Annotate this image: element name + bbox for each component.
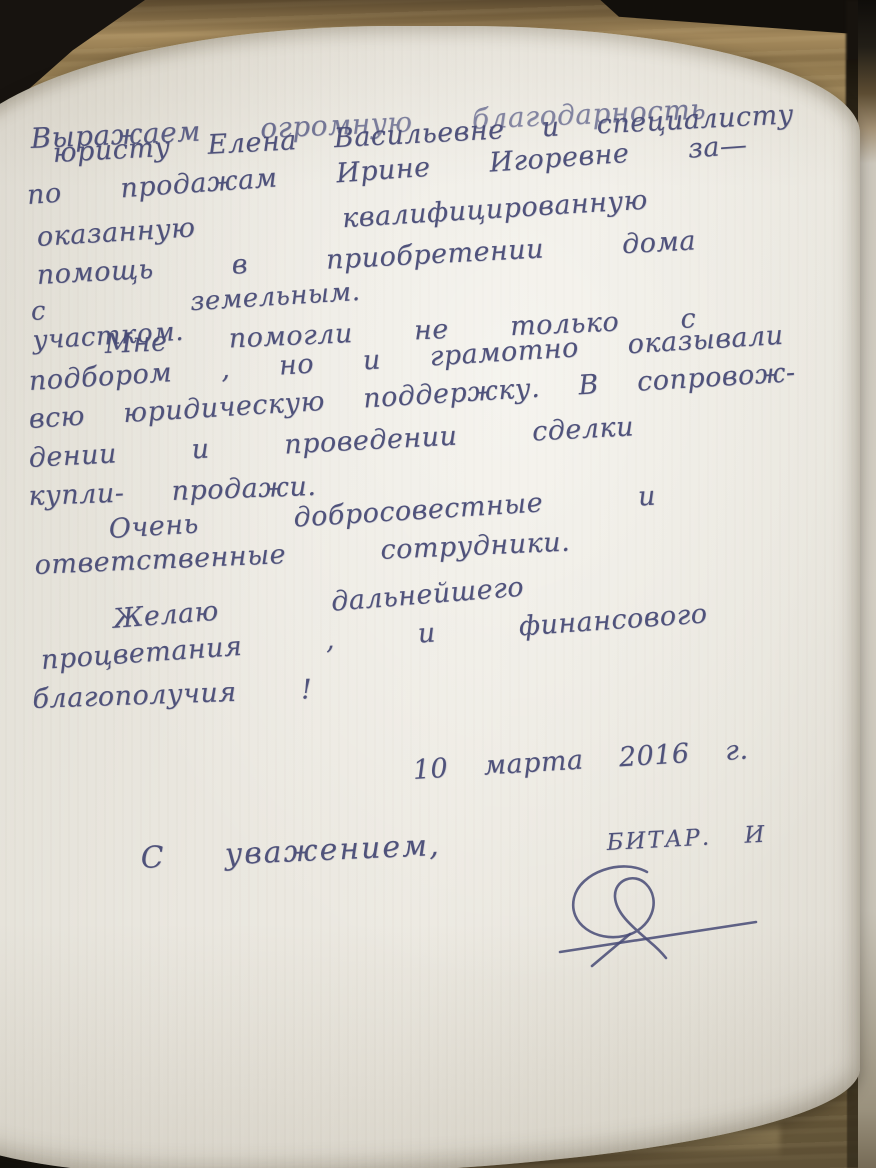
photo-scene: Выражаем огромную благодарность юристу Е…: [0, 0, 876, 1168]
signature-flourish: [552, 852, 767, 970]
page-stack-edge: [858, 0, 876, 1168]
